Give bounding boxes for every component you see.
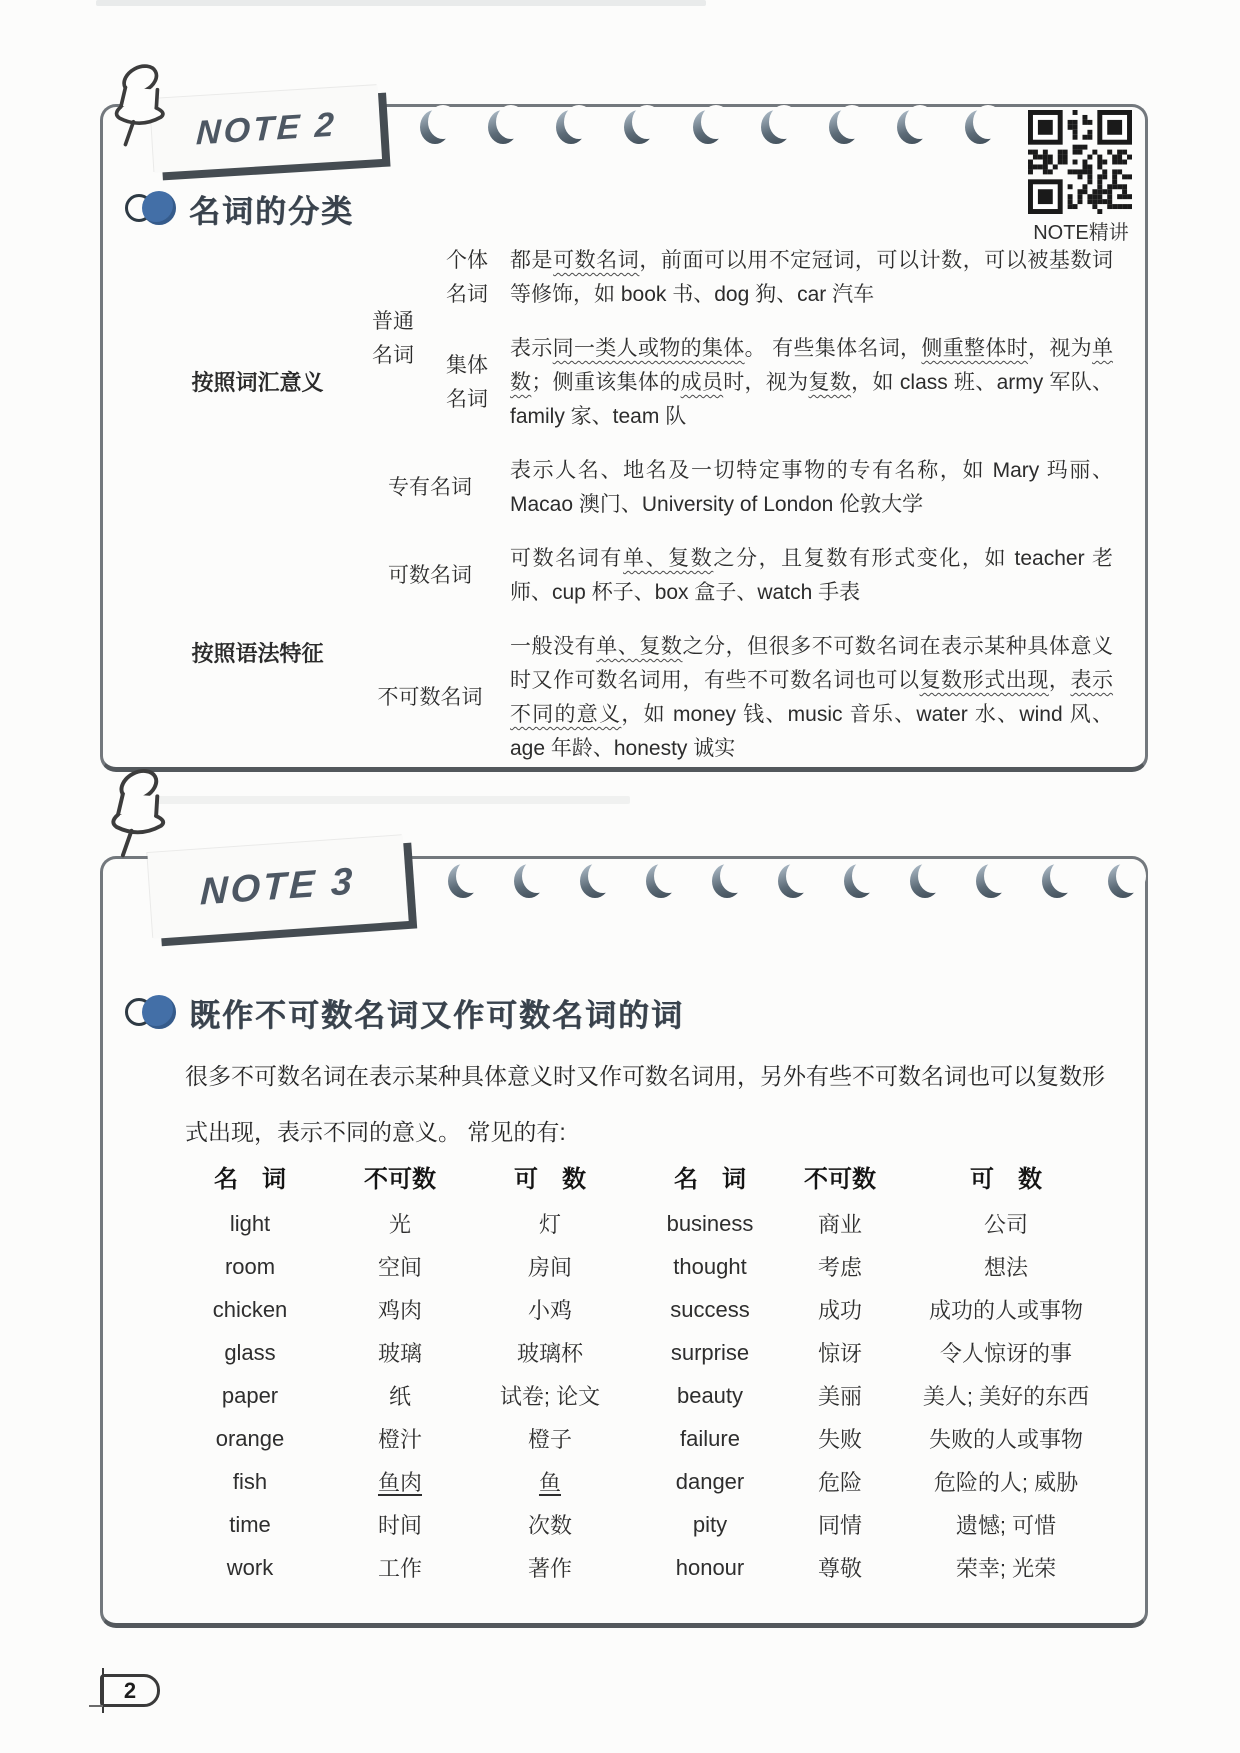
note-sticker-label: NOTE 2	[195, 105, 337, 153]
scan-artifact	[130, 796, 630, 804]
binder-ring-icon	[712, 862, 742, 900]
table-header-cell: 名 词	[640, 1159, 780, 1194]
text-segment: 成员	[681, 371, 724, 394]
binder-ring-icon	[897, 108, 927, 146]
table-cell: 玻璃	[340, 1337, 460, 1368]
section-title: 名词的分类	[189, 186, 354, 231]
table-row: fish鱼肉鱼danger危险危险的人; 威胁	[160, 1460, 1112, 1503]
table-header-cell: 不可数	[340, 1159, 460, 1194]
table-cell: light	[160, 1211, 340, 1237]
table-cell: 成功	[780, 1294, 900, 1325]
binder-ring-icon	[829, 108, 859, 146]
table-cell: surprise	[640, 1340, 780, 1366]
table-cell: 房间	[460, 1251, 640, 1282]
table-cell: 鱼肉	[340, 1466, 460, 1497]
description-text: 都是可数名词，前面可以用不定冠词，可以计数，可以被基数词等修饰，如 book 书…	[510, 244, 1113, 312]
text-segment: 可数名词	[553, 249, 639, 272]
table-cell: 鱼	[460, 1466, 640, 1497]
table-cell: orange	[160, 1426, 340, 1452]
table-cell: 危险的人; 威胁	[900, 1466, 1112, 1497]
table-cell: 同情	[780, 1509, 900, 1540]
text-segment: ；侧重该集体的	[531, 371, 680, 394]
table-cell: glass	[160, 1340, 340, 1366]
binder-ring-icon	[1042, 862, 1072, 900]
binder-rings	[420, 108, 995, 146]
text-segment: 表示人名、地名及一切特定事物的专有名称，如 Mary 玛丽、Macao 澳门、U…	[510, 459, 1113, 516]
scanned-page: { "page_number": "2", "note2": { "sticke…	[0, 0, 1240, 1753]
binder-ring-icon	[910, 862, 940, 900]
table-row: light光灯business商业公司	[160, 1202, 1112, 1245]
binder-ring-icon	[761, 108, 791, 146]
binder-ring-icon	[778, 862, 808, 900]
qr-caption: NOTE精讲	[1016, 216, 1146, 245]
table-header-cell: 不可数	[780, 1159, 900, 1194]
binder-ring-icon	[976, 862, 1006, 900]
table-header-cell: 可 数	[900, 1159, 1112, 1194]
table-cell: 商业	[780, 1208, 900, 1239]
table-row: paper纸试卷; 论文beauty美丽美人; 美好的东西	[160, 1374, 1112, 1417]
table-cell: 纸	[340, 1380, 460, 1411]
table-cell: pity	[640, 1512, 780, 1538]
table-cell: 荣幸; 光荣	[900, 1552, 1112, 1583]
text-segment: 侧重整体时	[921, 337, 1028, 360]
table-row: glass玻璃玻璃杯surprise惊讶令人惊讶的事	[160, 1331, 1112, 1374]
binder-ring-icon	[556, 108, 586, 146]
table-cell: 橙汁	[340, 1423, 460, 1454]
subcategory-label: 不可数名词	[362, 681, 498, 715]
table-cell: 鸡肉	[340, 1294, 460, 1325]
table-cell: paper	[160, 1383, 340, 1409]
binder-ring-icon	[580, 862, 610, 900]
page-number-tab: 2	[100, 1674, 160, 1707]
table-row: time时间次数pity同情遗憾; 可惜	[160, 1503, 1112, 1546]
table-header-cell: 可 数	[460, 1159, 640, 1194]
table-cell: 时间	[340, 1509, 460, 1540]
table-cell: 令人惊讶的事	[900, 1337, 1112, 1368]
table-row: room空间房间thought考虑想法	[160, 1245, 1112, 1288]
table-cell: 遗憾; 可惜	[900, 1509, 1112, 1540]
table-cell: work	[160, 1555, 340, 1581]
description-text: 表示同一类人或物的集体。 有些集体名词，侧重整体时，视为单数；侧重该集体的成员时…	[510, 332, 1113, 434]
category-label: 按照词汇意义	[165, 366, 350, 400]
table-header-cell: 名 词	[160, 1159, 340, 1194]
table-cell: 小鸡	[460, 1294, 640, 1325]
description-text: 可数名词有单、复数之分，且复数有形式变化，如 teacher 老师、cup 杯子…	[510, 542, 1113, 610]
table-cell: chicken	[160, 1297, 340, 1323]
section-header: 既作不可数名词又作可数名词的词	[125, 990, 684, 1035]
table-cell: 著作	[460, 1552, 640, 1583]
text-segment: 单、复数	[623, 547, 713, 570]
text-segment: 复数	[809, 371, 852, 394]
text-segment: 单、复数	[596, 635, 682, 658]
table-cell: room	[160, 1254, 340, 1280]
pushpin-icon	[102, 764, 188, 873]
table-cell: time	[160, 1512, 340, 1538]
description-text: 表示人名、地名及一切特定事物的专有名称，如 Mary 玛丽、Macao 澳门、U…	[510, 454, 1113, 522]
table-cell: 试卷; 论文	[460, 1380, 640, 1411]
binder-ring-icon	[965, 108, 995, 146]
qr-code	[1028, 110, 1132, 214]
subcategory-label: 个体名词	[436, 244, 498, 312]
subcategory-label: 普通名词	[362, 305, 424, 373]
table-body: light光灯business商业公司room空间房间thought考虑想法ch…	[160, 1202, 1112, 1589]
section-marker-icon	[125, 995, 177, 1031]
subcategory-label: 可数名词	[362, 559, 498, 593]
table-cell: 尊敬	[780, 1552, 900, 1583]
subcategory-label: 专有名词	[362, 471, 498, 505]
table-cell: thought	[640, 1254, 780, 1280]
table-cell: 美丽	[780, 1380, 900, 1411]
text-segment: 。 有些集体名词，	[745, 337, 922, 360]
text-segment: 表示	[510, 337, 553, 360]
table-cell: 危险	[780, 1466, 900, 1497]
text-segment: 同一类人或物的集体	[553, 337, 745, 360]
category-label: 按照语法特征	[165, 637, 350, 671]
classification-table: 按照词汇意义 按照语法特征 普通名词 个体名词 集体名词 专有名词 可数名词 不…	[165, 244, 1113, 766]
table-row: orange橙汁橙子failure失败失败的人或事物	[160, 1417, 1112, 1460]
table-cell: 次数	[460, 1509, 640, 1540]
binder-ring-icon	[420, 108, 450, 146]
table-cell: 成功的人或事物	[900, 1294, 1112, 1325]
table-cell: danger	[640, 1469, 780, 1495]
table-cell: 橙子	[460, 1423, 640, 1454]
subcategory-label: 集体名词	[436, 349, 498, 417]
binder-ring-icon	[624, 108, 654, 146]
table-cell: 想法	[900, 1251, 1112, 1282]
table-row: chicken鸡肉小鸡success成功成功的人或事物	[160, 1288, 1112, 1331]
binder-ring-icon	[646, 862, 676, 900]
table-cell: failure	[640, 1426, 780, 1452]
pushpin-icon	[106, 60, 186, 161]
table-cell: 工作	[340, 1552, 460, 1583]
note-sticker-label: NOTE 3	[200, 860, 356, 914]
binder-ring-icon	[488, 108, 518, 146]
text-segment: 都是	[510, 249, 553, 272]
binder-ring-icon	[514, 862, 544, 900]
page-number: 2	[124, 1678, 136, 1704]
table-cell: business	[640, 1211, 780, 1237]
scan-artifact	[96, 0, 706, 6]
text-segment: 可数名词有	[510, 547, 623, 570]
table-cell: success	[640, 1297, 780, 1323]
table-row: work工作著作honour尊敬荣幸; 光荣	[160, 1546, 1112, 1589]
table-cell: 失败	[780, 1423, 900, 1454]
table-cell: beauty	[640, 1383, 780, 1409]
table-cell: 光	[340, 1208, 460, 1239]
table-cell: 惊讶	[780, 1337, 900, 1368]
description-text: 一般没有单、复数之分，但很多不可数名词在表示某种具体意义时又作可数名词用，有些不…	[510, 630, 1113, 766]
binder-ring-icon	[448, 862, 478, 900]
table-cell: 空间	[340, 1251, 460, 1282]
text-segment: ，视为	[1028, 337, 1092, 360]
table-cell: fish	[160, 1469, 340, 1495]
binder-rings	[448, 862, 1138, 900]
table-cell: 玻璃杯	[460, 1337, 640, 1368]
section-header: 名词的分类	[125, 186, 354, 231]
noun-table: 名 词 不可数 可 数 名 词 不可数 可 数 light光灯business商…	[160, 1150, 1112, 1589]
table-cell: 灯	[460, 1208, 640, 1239]
text-segment: 一般没有	[510, 635, 596, 658]
text-segment: 复数形式出现	[920, 669, 1049, 692]
section-title: 既作不可数名词又作可数名词的词	[189, 990, 684, 1035]
table-cell: 失败的人或事物	[900, 1423, 1112, 1454]
text-segment: 时，视为	[723, 371, 808, 394]
table-cell: 美人; 美好的东西	[900, 1380, 1112, 1411]
intro-text: 很多不可数名词在表示某种具体意义时又作可数名词用，另外有些不可数名词也可以复数形…	[185, 1048, 1115, 1160]
binder-ring-icon	[844, 862, 874, 900]
text-segment: ，	[1049, 669, 1071, 692]
table-cell: 考虑	[780, 1251, 900, 1282]
binder-ring-icon	[693, 108, 723, 146]
table-cell: 公司	[900, 1208, 1112, 1239]
section-marker-icon	[125, 191, 177, 227]
binder-ring-icon	[1108, 862, 1138, 900]
table-header-row: 名 词 不可数 可 数 名 词 不可数 可 数	[160, 1150, 1112, 1202]
table-cell: honour	[640, 1555, 780, 1581]
